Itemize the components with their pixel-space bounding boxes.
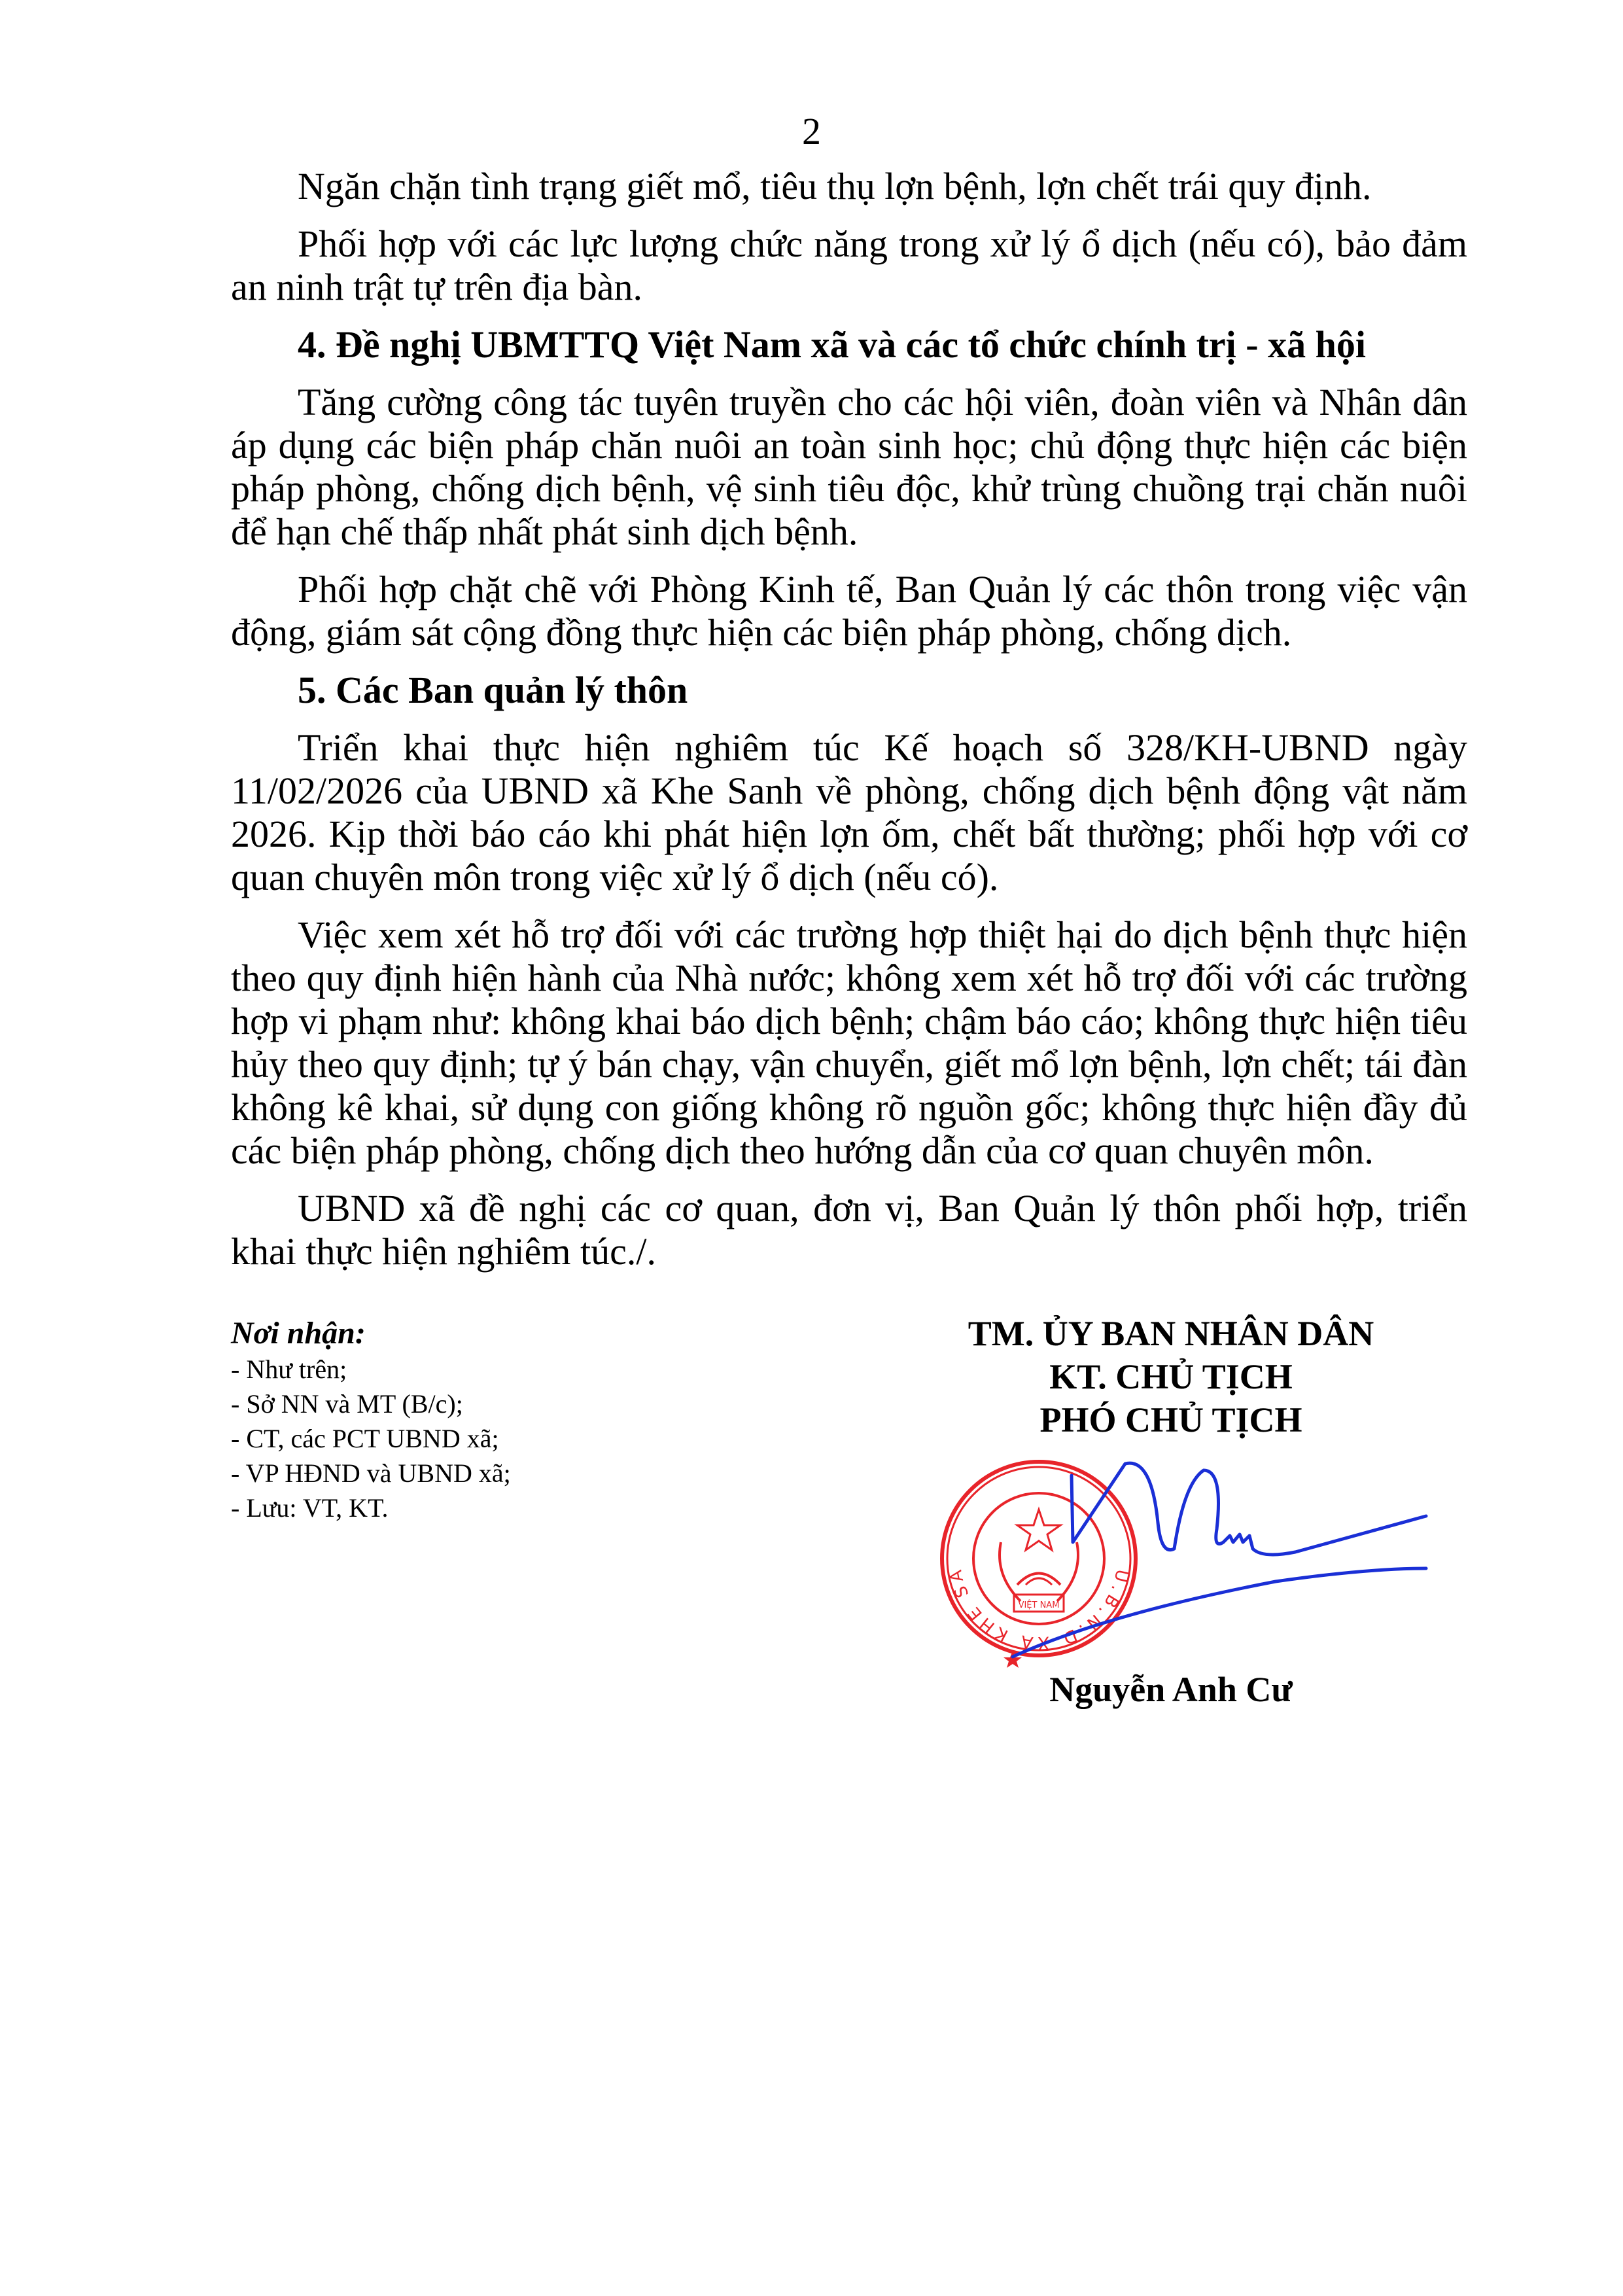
- section-heading: 5. Các Ban quản lý thôn: [231, 669, 1467, 712]
- paragraph: Phối hợp chặt chẽ với Phòng Kinh tế, Ban…: [231, 568, 1467, 654]
- page-number: 2: [0, 110, 1623, 153]
- signature-block: TM. ỦY BAN NHÂN DÂN KT. CHỦ TỊCH PHÓ CHỦ…: [909, 1312, 1433, 1711]
- signer-proxy: KT. CHỦ TỊCH: [909, 1355, 1433, 1398]
- signer-authority: TM. ỦY BAN NHÂN DÂN: [909, 1312, 1433, 1355]
- paragraph: UBND xã đề nghị các cơ quan, đơn vị, Ban…: [231, 1187, 1467, 1273]
- recipient-item: - Lưu: VT, KT.: [231, 1491, 820, 1525]
- paragraph: Tăng cường công tác tuyên truyền cho các…: [231, 381, 1467, 554]
- recipients-title: Nơi nhận:: [231, 1315, 820, 1352]
- section-heading: 4. Đề nghị UBMTTQ Việt Nam xã và các tổ …: [231, 323, 1467, 366]
- paragraph: Phối hợp với các lực lượng chức năng tro…: [231, 222, 1467, 309]
- document-body: Ngăn chặn tình trạng giết mổ, tiêu thụ l…: [231, 165, 1467, 1288]
- recipient-item: - VP HĐND và UBND xã;: [231, 1456, 820, 1491]
- recipient-item: - Sở NN và MT (B/c);: [231, 1386, 820, 1421]
- signer-name: Nguyễn Anh Cư: [909, 1668, 1433, 1711]
- stamp-and-signature: U.B.N.D XÃ KHE SANH T. QUẢNG TRỊ VIỆT NA…: [909, 1444, 1433, 1673]
- paragraph: Việc xem xét hỗ trợ đối với các trường h…: [231, 913, 1467, 1173]
- recipient-item: - Như trên;: [231, 1352, 820, 1386]
- official-stamp-icon: U.B.N.D XÃ KHE SANH T. QUẢNG TRỊ VIỆT NA…: [909, 1444, 1433, 1673]
- paragraph: Ngăn chặn tình trạng giết mổ, tiêu thụ l…: [231, 165, 1467, 208]
- svg-text:VIỆT NAM: VIỆT NAM: [1019, 1600, 1060, 1610]
- recipient-item: - CT, các PCT UBND xã;: [231, 1421, 820, 1456]
- signer-title: PHÓ CHỦ TỊCH: [909, 1398, 1433, 1441]
- paragraph: Triển khai thực hiện nghiêm túc Kế hoạch…: [231, 726, 1467, 899]
- recipients-block: Nơi nhận: - Như trên; - Sở NN và MT (B/c…: [231, 1315, 820, 1525]
